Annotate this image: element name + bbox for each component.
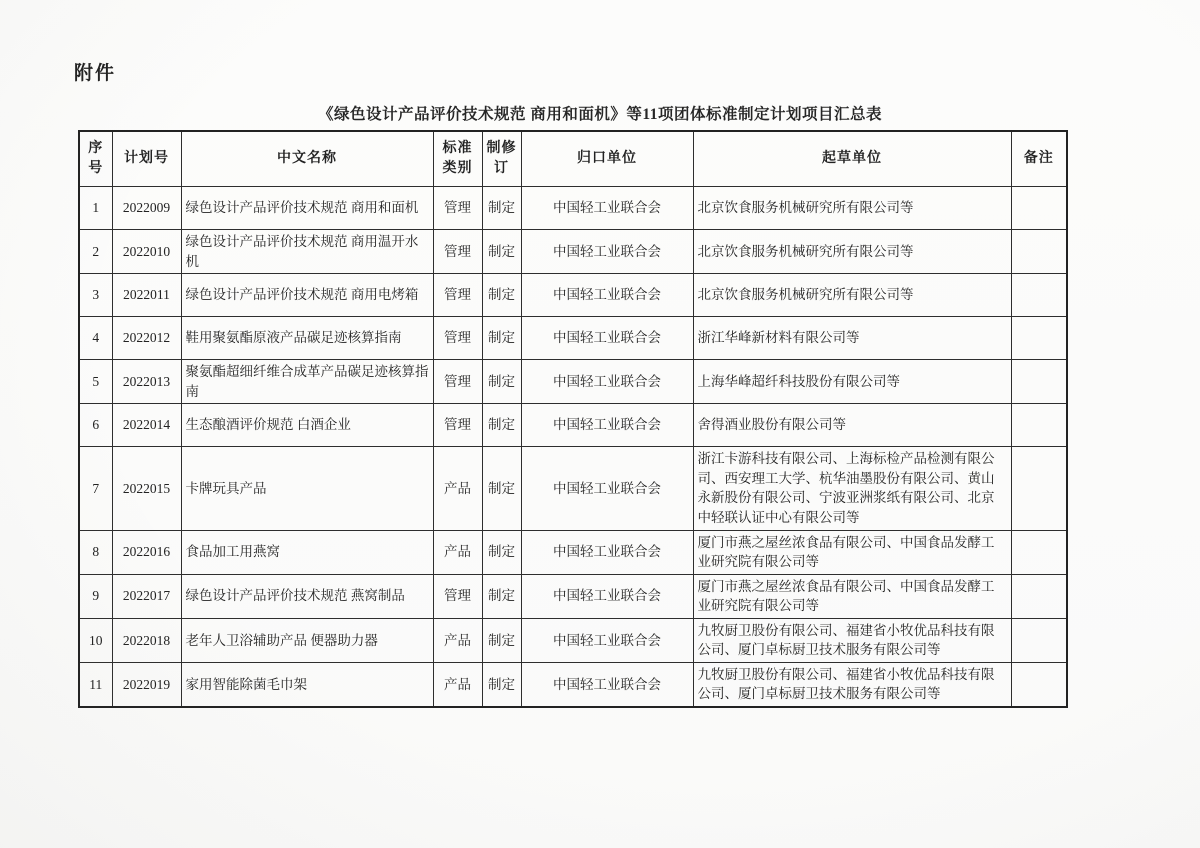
cell-category: 产品 bbox=[433, 447, 482, 530]
cell-revision-type: 制定 bbox=[482, 447, 521, 530]
cell-drafting-unit: 九牧厨卫股份有限公司、福建省小牧优品科技有限公司、厦门卓标厨卫技术服务有限公司等 bbox=[693, 618, 1011, 662]
table-row: 2 2022010 绿色设计产品评价技术规范 商用温开水机 管理 制定 中国轻工… bbox=[79, 230, 1067, 274]
cell-no: 2 bbox=[79, 230, 112, 274]
cell-no: 11 bbox=[79, 662, 112, 707]
cell-plan-number: 2022011 bbox=[112, 274, 181, 317]
cell-remark bbox=[1011, 187, 1067, 230]
cell-plan-number: 2022012 bbox=[112, 317, 181, 360]
cell-drafting-unit: 九牧厨卫股份有限公司、福建省小牧优品科技有限公司、厦门卓标厨卫技术服务有限公司等 bbox=[693, 662, 1011, 707]
cell-revision-type: 制定 bbox=[482, 662, 521, 707]
table-row: 9 2022017 绿色设计产品评价技术规范 燕窝制品 管理 制定 中国轻工业联… bbox=[79, 574, 1067, 618]
cell-chinese-name: 绿色设计产品评价技术规范 商用电烤箱 bbox=[181, 274, 433, 317]
cell-centralized-unit: 中国轻工业联合会 bbox=[521, 618, 693, 662]
cell-plan-number: 2022009 bbox=[112, 187, 181, 230]
cell-no: 9 bbox=[79, 574, 112, 618]
cell-drafting-unit: 北京饮食服务机械研究所有限公司等 bbox=[693, 274, 1011, 317]
cell-plan-number: 2022013 bbox=[112, 360, 181, 404]
cell-drafting-unit: 舍得酒业股份有限公司等 bbox=[693, 404, 1011, 447]
cell-remark bbox=[1011, 404, 1067, 447]
cell-no: 10 bbox=[79, 618, 112, 662]
cell-drafting-unit: 北京饮食服务机械研究所有限公司等 bbox=[693, 230, 1011, 274]
cell-category: 产品 bbox=[433, 662, 482, 707]
cell-centralized-unit: 中国轻工业联合会 bbox=[521, 530, 693, 574]
cell-category: 管理 bbox=[433, 317, 482, 360]
cell-category: 管理 bbox=[433, 230, 482, 274]
document-title: 《绿色设计产品评价技术规范 商用和面机》等11项团体标准制定计划项目汇总表 bbox=[150, 102, 1050, 124]
cell-drafting-unit: 上海华峰超纤科技股份有限公司等 bbox=[693, 360, 1011, 404]
table-row: 7 2022015 卡牌玩具产品 产品 制定 中国轻工业联合会 浙江卡游科技有限… bbox=[79, 447, 1067, 530]
cell-plan-number: 2022019 bbox=[112, 662, 181, 707]
cell-plan-number: 2022010 bbox=[112, 230, 181, 274]
cell-drafting-unit: 浙江卡游科技有限公司、上海标检产品检测有限公司、西安理工大学、杭华油墨股份有限公… bbox=[693, 447, 1011, 530]
cell-revision-type: 制定 bbox=[482, 187, 521, 230]
cell-chinese-name: 家用智能除菌毛巾架 bbox=[181, 662, 433, 707]
header-no: 序号 bbox=[79, 131, 112, 187]
cell-remark bbox=[1011, 274, 1067, 317]
cell-revision-type: 制定 bbox=[482, 274, 521, 317]
cell-chinese-name: 生态酿酒评价规范 白酒企业 bbox=[181, 404, 433, 447]
scanned-page: 附件 《绿色设计产品评价技术规范 商用和面机》等11项团体标准制定计划项目汇总表… bbox=[0, 0, 1200, 848]
cell-remark bbox=[1011, 360, 1067, 404]
cell-drafting-unit: 厦门市燕之屋丝浓食品有限公司、中国食品发酵工业研究院有限公司等 bbox=[693, 574, 1011, 618]
table-row: 11 2022019 家用智能除菌毛巾架 产品 制定 中国轻工业联合会 九牧厨卫… bbox=[79, 662, 1067, 707]
cell-remark bbox=[1011, 574, 1067, 618]
cell-plan-number: 2022014 bbox=[112, 404, 181, 447]
cell-centralized-unit: 中国轻工业联合会 bbox=[521, 662, 693, 707]
header-chinese-name: 中文名称 bbox=[181, 131, 433, 187]
table-header-row: 序号 计划号 中文名称 标准类别 制修订 归口单位 起草单位 备注 bbox=[79, 131, 1067, 187]
table-row: 8 2022016 食品加工用燕窝 产品 制定 中国轻工业联合会 厦门市燕之屋丝… bbox=[79, 530, 1067, 574]
cell-revision-type: 制定 bbox=[482, 574, 521, 618]
cell-centralized-unit: 中国轻工业联合会 bbox=[521, 187, 693, 230]
cell-plan-number: 2022016 bbox=[112, 530, 181, 574]
cell-revision-type: 制定 bbox=[482, 404, 521, 447]
header-remark: 备注 bbox=[1011, 131, 1067, 187]
cell-plan-number: 2022017 bbox=[112, 574, 181, 618]
header-category: 标准类别 bbox=[433, 131, 482, 187]
cell-revision-type: 制定 bbox=[482, 530, 521, 574]
cell-remark bbox=[1011, 662, 1067, 707]
cell-chinese-name: 聚氨酯超细纤维合成革产品碳足迹核算指南 bbox=[181, 360, 433, 404]
table-row: 1 2022009 绿色设计产品评价技术规范 商用和面机 管理 制定 中国轻工业… bbox=[79, 187, 1067, 230]
cell-revision-type: 制定 bbox=[482, 230, 521, 274]
cell-remark bbox=[1011, 530, 1067, 574]
header-plan-number: 计划号 bbox=[112, 131, 181, 187]
header-centralized-unit: 归口单位 bbox=[521, 131, 693, 187]
table-row: 4 2022012 鞋用聚氨酯原液产品碳足迹核算指南 管理 制定 中国轻工业联合… bbox=[79, 317, 1067, 360]
cell-category: 管理 bbox=[433, 187, 482, 230]
cell-drafting-unit: 浙江华峰新材料有限公司等 bbox=[693, 317, 1011, 360]
cell-category: 产品 bbox=[433, 530, 482, 574]
attachment-label: 附件 bbox=[74, 58, 116, 85]
cell-no: 7 bbox=[79, 447, 112, 530]
cell-category: 管理 bbox=[433, 274, 482, 317]
cell-chinese-name: 卡牌玩具产品 bbox=[181, 447, 433, 530]
cell-no: 3 bbox=[79, 274, 112, 317]
cell-no: 5 bbox=[79, 360, 112, 404]
header-revision-type: 制修订 bbox=[482, 131, 521, 187]
cell-centralized-unit: 中国轻工业联合会 bbox=[521, 447, 693, 530]
cell-revision-type: 制定 bbox=[482, 317, 521, 360]
cell-category: 管理 bbox=[433, 574, 482, 618]
standards-plan-table: 序号 计划号 中文名称 标准类别 制修订 归口单位 起草单位 备注 1 2022… bbox=[78, 130, 1068, 708]
cell-chinese-name: 鞋用聚氨酯原液产品碳足迹核算指南 bbox=[181, 317, 433, 360]
cell-no: 1 bbox=[79, 187, 112, 230]
cell-category: 产品 bbox=[433, 618, 482, 662]
cell-chinese-name: 老年人卫浴辅助产品 便器助力器 bbox=[181, 618, 433, 662]
cell-centralized-unit: 中国轻工业联合会 bbox=[521, 360, 693, 404]
cell-revision-type: 制定 bbox=[482, 360, 521, 404]
cell-plan-number: 2022015 bbox=[112, 447, 181, 530]
table-row: 10 2022018 老年人卫浴辅助产品 便器助力器 产品 制定 中国轻工业联合… bbox=[79, 618, 1067, 662]
cell-revision-type: 制定 bbox=[482, 618, 521, 662]
cell-drafting-unit: 厦门市燕之屋丝浓食品有限公司、中国食品发酵工业研究院有限公司等 bbox=[693, 530, 1011, 574]
cell-plan-number: 2022018 bbox=[112, 618, 181, 662]
table-row: 6 2022014 生态酿酒评价规范 白酒企业 管理 制定 中国轻工业联合会 舍… bbox=[79, 404, 1067, 447]
cell-no: 6 bbox=[79, 404, 112, 447]
table-row: 3 2022011 绿色设计产品评价技术规范 商用电烤箱 管理 制定 中国轻工业… bbox=[79, 274, 1067, 317]
cell-chinese-name: 绿色设计产品评价技术规范 商用温开水机 bbox=[181, 230, 433, 274]
cell-centralized-unit: 中国轻工业联合会 bbox=[521, 404, 693, 447]
cell-remark bbox=[1011, 618, 1067, 662]
header-drafting-unit: 起草单位 bbox=[693, 131, 1011, 187]
cell-remark bbox=[1011, 317, 1067, 360]
cell-centralized-unit: 中国轻工业联合会 bbox=[521, 574, 693, 618]
cell-drafting-unit: 北京饮食服务机械研究所有限公司等 bbox=[693, 187, 1011, 230]
cell-no: 4 bbox=[79, 317, 112, 360]
cell-remark bbox=[1011, 230, 1067, 274]
cell-chinese-name: 绿色设计产品评价技术规范 商用和面机 bbox=[181, 187, 433, 230]
cell-centralized-unit: 中国轻工业联合会 bbox=[521, 317, 693, 360]
cell-category: 管理 bbox=[433, 360, 482, 404]
cell-chinese-name: 绿色设计产品评价技术规范 燕窝制品 bbox=[181, 574, 433, 618]
cell-no: 8 bbox=[79, 530, 112, 574]
cell-centralized-unit: 中国轻工业联合会 bbox=[521, 230, 693, 274]
cell-category: 管理 bbox=[433, 404, 482, 447]
cell-remark bbox=[1011, 447, 1067, 530]
cell-centralized-unit: 中国轻工业联合会 bbox=[521, 274, 693, 317]
table-row: 5 2022013 聚氨酯超细纤维合成革产品碳足迹核算指南 管理 制定 中国轻工… bbox=[79, 360, 1067, 404]
cell-chinese-name: 食品加工用燕窝 bbox=[181, 530, 433, 574]
